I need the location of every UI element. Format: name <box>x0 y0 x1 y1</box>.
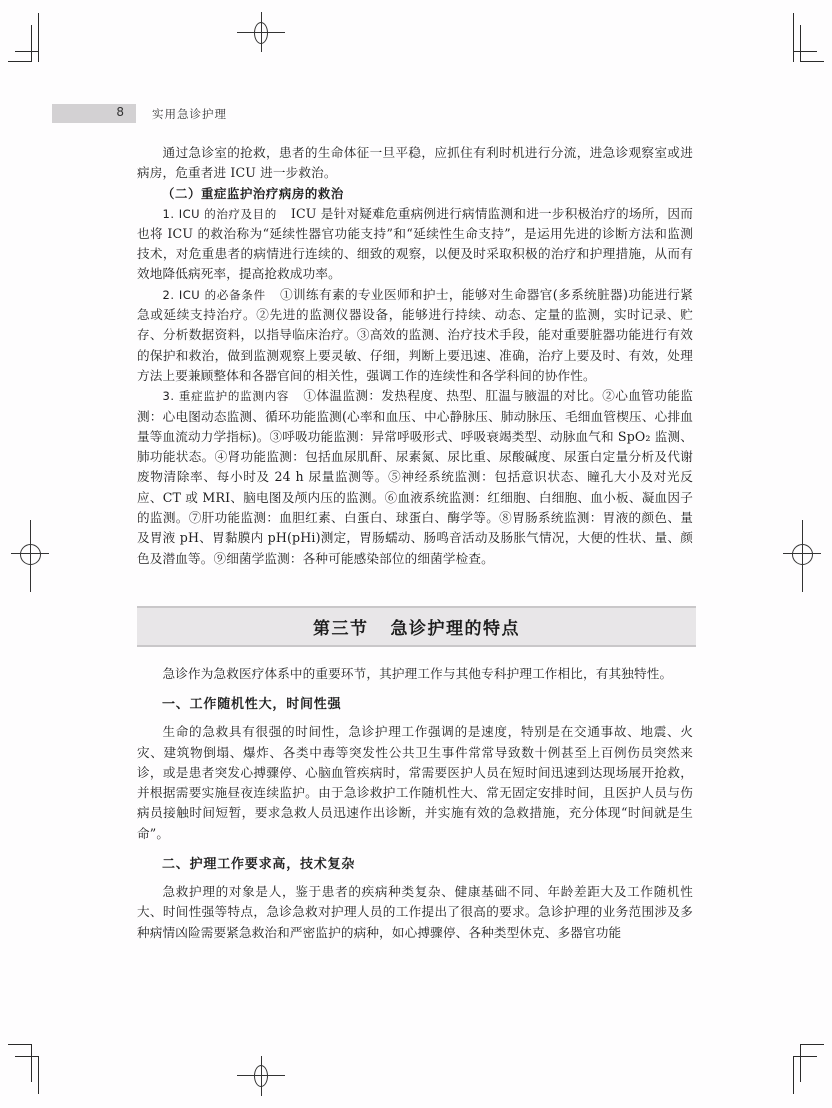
running-head: 8 实用急诊护理 <box>52 104 227 123</box>
registration-mark-right <box>782 520 822 592</box>
crop-mark <box>8 1044 32 1045</box>
crop-mark <box>793 1056 817 1057</box>
crop-mark <box>800 1044 801 1082</box>
heading-part-2: 二、护理工作要求高，技术复杂 <box>137 854 693 876</box>
item-2-head: 2. ICU 的必备条件 <box>163 288 266 302</box>
item-1-head: 1. ICU 的治疗及目的 <box>163 207 277 221</box>
crop-mark <box>793 13 794 62</box>
crop-mark <box>31 25 32 62</box>
crop-mark <box>793 51 817 52</box>
crop-mark <box>15 1056 39 1057</box>
top-text-block: 通过急诊室的抢救，患者的生命体征一旦平稳，应抓住有利时机进行分流，进急诊观察室或… <box>137 143 693 569</box>
crop-mark <box>800 1044 824 1045</box>
section-body: 急诊作为急救医疗体系中的重要环节，其护理工作与其他专科护理工作相比，有其独特性。… <box>137 664 693 943</box>
registration-mark-top <box>237 12 287 52</box>
section-title-box: 第三节急诊护理的特点 <box>137 606 696 647</box>
paragraph-part-2: 急救护理的对象是人，鉴于患者的疾病种类复杂、健康基础不同、年龄差距大及工作随机性… <box>137 882 693 943</box>
section-title: 第三节急诊护理的特点 <box>313 614 520 639</box>
crop-mark <box>38 1056 39 1094</box>
numbered-item-1: 1. ICU 的治疗及目的ICU 是针对疑难危重病例进行病情监测和进一步积极治疗… <box>137 204 693 285</box>
crop-mark <box>793 1056 794 1094</box>
numbered-item-3: 3. 重症监护的监测内容①体温监测：发热程度、热型、肛温与腋温的对比。②心血管功… <box>137 386 693 569</box>
book-title: 实用急诊护理 <box>152 106 227 122</box>
page-number-box: 8 <box>52 104 136 123</box>
crop-mark <box>31 1044 32 1082</box>
numbered-item-2: 2. ICU 的必备条件①训练有素的专业医师和护士，能够对生命器官(多系统脏器)… <box>137 285 693 386</box>
section-name: 急诊护理的特点 <box>391 619 521 639</box>
crop-mark <box>8 61 32 62</box>
item-3-head: 3. 重症监护的监测内容 <box>163 389 290 403</box>
section-number: 第三节 <box>313 619 369 639</box>
crop-mark <box>800 25 801 62</box>
intro-paragraph: 通过急诊室的抢救，患者的生命体征一旦平稳，应抓住有利时机进行分流，进急诊观察室或… <box>137 143 693 184</box>
heading-part-1: 一、工作随机性大，时间性强 <box>137 694 693 716</box>
crop-mark <box>38 13 39 62</box>
page-number: 8 <box>116 105 124 119</box>
registration-mark-left <box>10 520 50 592</box>
crop-mark <box>800 61 824 62</box>
registration-mark-bottom <box>237 1056 287 1096</box>
item-3-text: ①体温监测：发热程度、热型、肛温与腋温的对比。②心血管功能监测：心电图动态监测、… <box>137 388 693 565</box>
paragraph-part-1: 生命的急救具有很强的时间性，急诊护理工作强调的是速度，特别是在交通事故、地震、火… <box>137 722 693 844</box>
subheading-icu-treatment: （二）重症监护治疗病房的救治 <box>137 184 693 204</box>
crop-mark <box>15 51 39 52</box>
section-intro: 急诊作为急救医疗体系中的重要环节，其护理工作与其他专科护理工作相比，有其独特性。 <box>137 664 693 684</box>
